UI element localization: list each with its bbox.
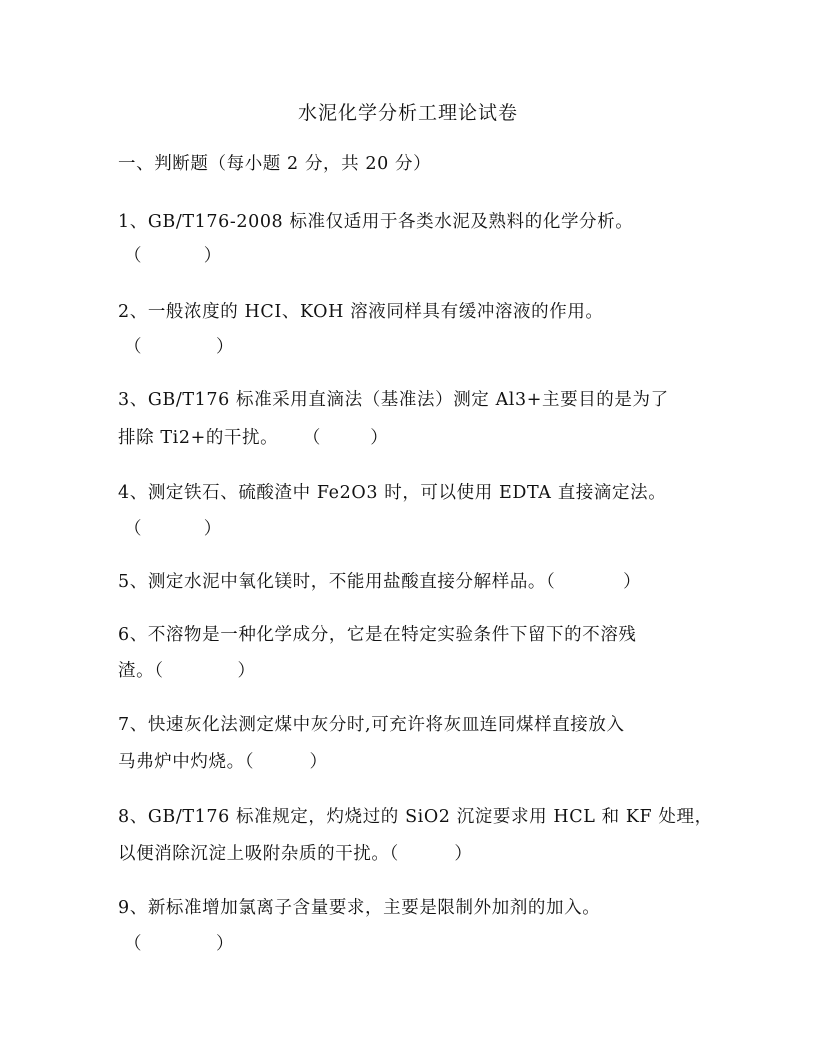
document-page: 水泥化学分析工理论试卷 一、判断题（每小题 2 分，共 20 分） 1、GB/T…: [0, 0, 816, 1056]
question-4-answer-blank[interactable]: （ ）: [124, 515, 222, 540]
question-7-text-line-2: 马弗炉中灼烧。（ ）: [118, 748, 328, 773]
page-title: 水泥化学分析工理论试卷: [0, 98, 816, 125]
question-2-text: 2、一般浓度的 HCI、KOH 溶液同样具有缓冲溶液的作用。: [118, 298, 604, 323]
question-8-text-line-2: 以便消除沉淀上吸附杂质的干扰。（ ）: [118, 840, 472, 865]
question-6-text-line-1: 6、不溶物是一种化学成分，它是在特定实验条件下留下的不溶残: [118, 621, 637, 646]
question-5-text: 5、测定水泥中氧化镁时，不能用盐酸直接分解样品。（ ）: [118, 568, 641, 593]
question-9-answer-blank[interactable]: （ ）: [124, 930, 234, 955]
question-4-text: 4、测定铁石、硫酸渣中 Fe2O3 时，可以使用 EDTA 直接滴定法。: [118, 479, 666, 504]
question-9-text: 9、新标准增加氯离子含量要求，主要是限制外加剂的加入。: [118, 894, 600, 919]
question-2-answer-blank[interactable]: （ ）: [124, 333, 234, 358]
question-3-text-line-1: 3、GB/T176 标准采用直滴法（基准法）测定 Al3+主要目的是为了: [118, 386, 669, 411]
question-3-text-line-2: 排除 Ti2+的干扰。 （ ）: [118, 424, 388, 449]
question-1-answer-blank[interactable]: （ ）: [124, 242, 222, 267]
question-6-text-line-2: 渣。（ ）: [118, 657, 256, 682]
question-7-text-line-1: 7、快速灰化法测定煤中灰分时,可充许将灰皿连同煤样直接放入: [118, 711, 625, 736]
question-1-text: 1、GB/T176-2008 标准仅适用于各类水泥及熟料的化学分析。: [118, 208, 633, 233]
question-8-text-line-1: 8、GB/T176 标准规定，灼烧过的 SiO2 沉淀要求用 HCL 和 KF …: [118, 803, 713, 828]
section-heading: 一、判断题（每小题 2 分，共 20 分）: [118, 150, 431, 175]
